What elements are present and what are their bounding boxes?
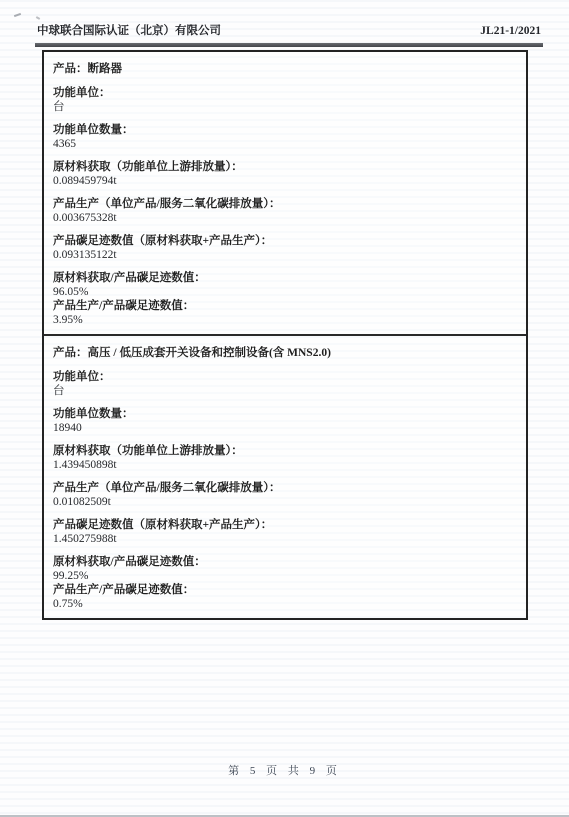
ratio-value: 96.05% xyxy=(53,285,516,299)
ratio-value: 0.75% xyxy=(53,597,516,611)
header-rule xyxy=(35,43,543,47)
field-value: 台 xyxy=(53,100,516,114)
field-unit-quantity: 功能单位数量： 4365 xyxy=(53,123,516,151)
carbon-footprint-table: 产品：断路器 功能单位： 台 功能单位数量： 4365 原材料获取（功能单位上游… xyxy=(42,50,528,620)
field-label: 产品碳足迹数值（原材料获取+产品生产）： xyxy=(53,234,516,248)
ratio-label: 产品生产/产品碳足迹数值： xyxy=(53,299,516,313)
ratio-block: 原材料获取/产品碳足迹数值： 96.05% 产品生产/产品碳足迹数值： 3.95… xyxy=(53,271,516,327)
field-value: 1.450275988t xyxy=(53,532,516,546)
field-unit-quantity: 功能单位数量： 18940 xyxy=(53,407,516,435)
field-raw-material: 原材料获取（功能单位上游排放量）： 0.089459794t xyxy=(53,160,516,188)
field-label: 功能单位： xyxy=(53,370,516,384)
field-value: 18940 xyxy=(53,421,516,435)
ratio-label: 原材料获取/产品碳足迹数值： xyxy=(53,271,516,285)
field-production: 产品生产（单位产品/服务二氧化碳排放量）： 0.01082509t xyxy=(53,481,516,509)
page-header: 中球联合国际认证（北京）有限公司 JL21-1/2021 xyxy=(37,22,541,38)
field-label: 产品碳足迹数值（原材料获取+产品生产）： xyxy=(53,518,516,532)
field-value: 0.093135122t xyxy=(53,248,516,262)
ratio-block: 原材料获取/产品碳足迹数值： 99.25% 产品生产/产品碳足迹数值： 0.75… xyxy=(53,555,516,611)
scan-speck xyxy=(36,16,40,20)
field-carbon-footprint-total: 产品碳足迹数值（原材料获取+产品生产）： 1.450275988t xyxy=(53,518,516,546)
field-raw-material: 原材料获取（功能单位上游排放量）： 1.439450898t xyxy=(53,444,516,472)
product-title: 产品：断路器 xyxy=(53,62,516,77)
scan-speck xyxy=(14,13,21,17)
ratio-label: 原材料获取/产品碳足迹数值： xyxy=(53,555,516,569)
field-value: 0.089459794t xyxy=(53,174,516,188)
product-title: 产品：高压 / 低压成套开关设备和控制设备(含 MNS2.0) xyxy=(53,346,516,361)
field-label: 功能单位数量： xyxy=(53,123,516,137)
ratio-value: 3.95% xyxy=(53,313,516,327)
field-label: 原材料获取（功能单位上游排放量）： xyxy=(53,160,516,174)
field-value: 1.439450898t xyxy=(53,458,516,472)
document-page: 中球联合国际认证（北京）有限公司 JL21-1/2021 产品：断路器 功能单位… xyxy=(0,0,569,817)
field-production: 产品生产（单位产品/服务二氧化碳排放量）： 0.003675328t xyxy=(53,197,516,225)
document-number: JL21-1/2021 xyxy=(480,25,541,37)
field-functional-unit: 功能单位： 台 xyxy=(53,86,516,114)
field-carbon-footprint-total: 产品碳足迹数值（原材料获取+产品生产）： 0.093135122t xyxy=(53,234,516,262)
field-label: 产品生产（单位产品/服务二氧化碳排放量）： xyxy=(53,481,516,495)
certifier-name: 中球联合国际认证（北京）有限公司 xyxy=(37,22,221,38)
field-value: 台 xyxy=(53,384,516,398)
field-label: 功能单位： xyxy=(53,86,516,100)
ratio-label: 产品生产/产品碳足迹数值： xyxy=(53,583,516,597)
page-number: 第 5 页 共 9 页 xyxy=(0,762,569,778)
field-value: 0.01082509t xyxy=(53,495,516,509)
field-label: 原材料获取（功能单位上游排放量）： xyxy=(53,444,516,458)
ratio-value: 99.25% xyxy=(53,569,516,583)
field-value: 4365 xyxy=(53,137,516,151)
product-section-2: 产品：高压 / 低压成套开关设备和控制设备(含 MNS2.0) 功能单位： 台 … xyxy=(44,334,526,618)
field-functional-unit: 功能单位： 台 xyxy=(53,370,516,398)
field-label: 产品生产（单位产品/服务二氧化碳排放量）： xyxy=(53,197,516,211)
product-section-1: 产品：断路器 功能单位： 台 功能单位数量： 4365 原材料获取（功能单位上游… xyxy=(44,52,526,334)
field-label: 功能单位数量： xyxy=(53,407,516,421)
field-value: 0.003675328t xyxy=(53,211,516,225)
